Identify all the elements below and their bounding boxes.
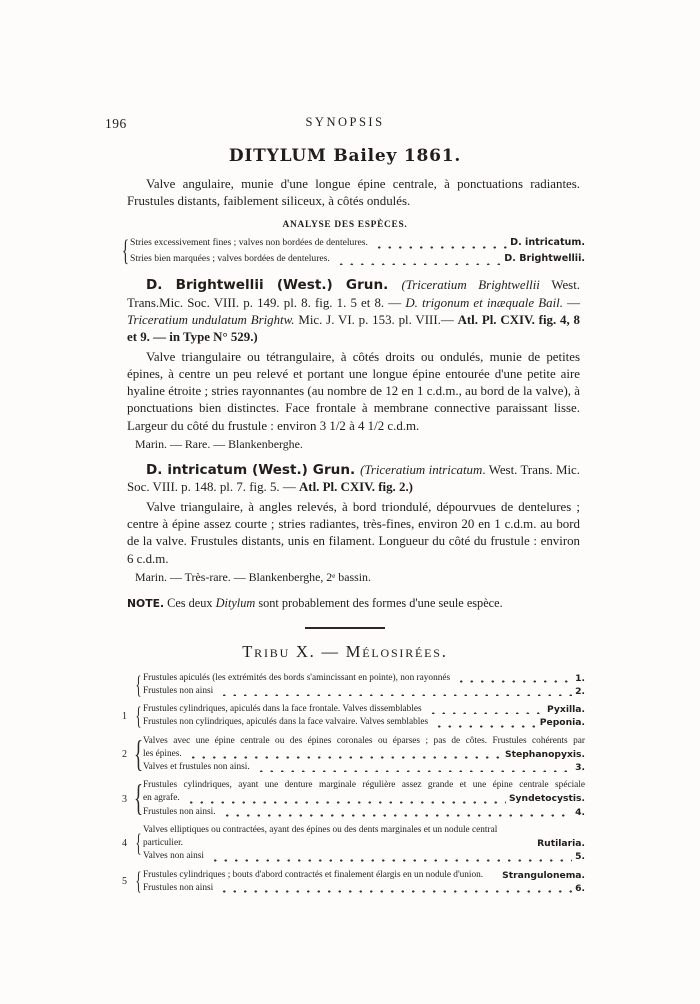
key-couplet-number: 2 <box>117 749 132 760</box>
key-text: Valves elliptiques ou contractées, ayant… <box>143 824 529 850</box>
brace-glyph: { <box>136 673 141 698</box>
key-text: Stries bien marquées ; valves bordées de… <box>130 251 330 267</box>
key-result: Rutilaria. <box>537 837 585 850</box>
text-segment: (Triceratium Brightwellii <box>401 278 539 292</box>
species-description: Valve triangulaire ou tétrangulaire, à c… <box>127 349 580 435</box>
key-row: Stries bien marquées ; valves bordées de… <box>130 251 585 267</box>
key-group: {Frustules apiculés (les extrémités des … <box>117 672 585 698</box>
text-segment: — <box>563 296 580 310</box>
key-result: Stephanopyxis. <box>505 748 585 761</box>
key-row: Frustules cylindriques, apiculés dans la… <box>143 703 585 716</box>
key-group: 4{Valves elliptiques ou contractées, aya… <box>117 824 585 864</box>
dot-leader <box>373 246 507 249</box>
key-text: Frustules non ainsi <box>143 882 213 895</box>
key-result: Strangulonema. <box>502 869 585 882</box>
dot-leader <box>218 693 572 696</box>
brace-glyph: { <box>136 704 141 729</box>
text-segment: Triceratium undulatum Brightw. <box>127 313 295 327</box>
brace-glyph: { <box>136 831 141 856</box>
text-segment: Mic. J. VI. p. 153. pl. VIII.— <box>295 313 458 327</box>
dot-leader <box>221 814 573 817</box>
key-couplet-number: 1 <box>117 711 132 722</box>
key-row: Valves et frustules non ainsi.3. <box>143 761 585 774</box>
species-heading-paragraph: D. intricatum (West.) Grun. (Triceratium… <box>127 462 580 497</box>
key-text: Valves avec une épine centrale ou des ép… <box>143 735 585 748</box>
key-lines: Stries excessivement fines ; valves non … <box>130 235 585 268</box>
key-row: Frustules cylindriques, ayant une dentur… <box>143 779 585 792</box>
key-result: Peponia. <box>540 716 585 729</box>
brace-glyph: { <box>123 236 128 266</box>
analysis-key: {Stries excessivement fines ; valves non… <box>121 235 585 268</box>
key-result: 6. <box>575 882 585 895</box>
key-lines: Frustules cylindriques, ayant une dentur… <box>143 779 585 819</box>
key-row: Frustules apiculés (les extrémités des b… <box>143 672 585 685</box>
text-segment: D. trigonum et inæquale Bail. <box>405 296 563 310</box>
key-result: D. intricatum. <box>510 235 585 251</box>
analysis-heading: ANALYSE DES ESPÈCES. <box>105 220 585 230</box>
dot-leader <box>433 725 537 728</box>
species-description: Valve triangulaire, à angles relevés, à … <box>127 499 580 568</box>
key-couplet-number: 3 <box>117 794 132 805</box>
genus-description: Valve angulaire, munie d'une longue épin… <box>127 176 580 211</box>
genus-title: DITYLUM Bailey 1861. <box>105 146 585 166</box>
dot-leader <box>187 756 502 759</box>
species-heading-paragraph: D. Brightwellii (West.) Grun. (Tricerati… <box>127 277 580 346</box>
key-result: 4. <box>575 806 585 819</box>
key-group: 3{Frustules cylindriques, ayant une dent… <box>117 779 585 819</box>
key-result: Syndetocystis. <box>509 792 585 805</box>
key-text: Frustules cylindriques, ayant une dentur… <box>143 779 585 792</box>
key-row: Frustules non ainsi2. <box>143 685 585 698</box>
brace-glyph: { <box>136 780 141 818</box>
key-result: 1. <box>575 672 585 685</box>
note-paragraph: NOTE. Ces deux Ditylum sont probablement… <box>127 596 580 611</box>
key-text: en agrafe. <box>143 792 180 805</box>
dot-leader <box>427 711 544 714</box>
key-text: Valves non ainsi <box>143 850 204 863</box>
key-text: Stries excessivement fines ; valves non … <box>130 235 368 251</box>
key-group: 5{Frustules cylindriques ; bouts d'abord… <box>117 869 585 895</box>
key-text: Frustules non ainsi. <box>143 806 216 819</box>
dot-leader <box>218 890 572 893</box>
key-text: Frustules non ainsi <box>143 685 213 698</box>
text-segment: sont probablement des formes d'une seule… <box>255 596 502 610</box>
key-row: Valves elliptiques ou contractées, ayant… <box>143 824 585 850</box>
section-divider <box>305 627 385 629</box>
key-text: Frustules cylindriques ; bouts d'abord c… <box>143 869 483 882</box>
key-text: les épines. <box>143 748 182 761</box>
text-segment: Ces deux <box>164 596 216 610</box>
key-result: D. Brightwellii. <box>504 251 585 267</box>
key-couplet-number: 5 <box>117 876 132 887</box>
running-head: SYNOPSIS <box>105 115 585 130</box>
key-result: 5. <box>575 850 585 863</box>
key-result: Pyxilla. <box>547 703 585 716</box>
species-section: D. Brightwellii (West.) Grun. (Tricerati… <box>105 277 585 452</box>
dot-leader <box>209 859 572 862</box>
text-segment: NOTE. <box>127 597 164 610</box>
scanned-book-page: 196 SYNOPSIS DITYLUM Bailey 1861. Valve … <box>0 0 700 1004</box>
key-text: Valves et frustules non ainsi. <box>143 761 250 774</box>
dot-leader <box>255 769 572 772</box>
key-row: Frustules non cylindriques, apiculés dan… <box>143 716 585 729</box>
key-row: Frustules non ainsi6. <box>143 882 585 895</box>
dot-leader <box>455 680 572 683</box>
key-lines: Frustules apiculés (les extrémités des b… <box>143 672 585 698</box>
habitat-line: Marin. — Très-rare. — Blankenberghe, 2ᵉ … <box>135 570 580 585</box>
key-lines: Valves avec une épine centrale ou des ép… <box>143 735 585 775</box>
key-group: 1{Frustules cylindriques, apiculés dans … <box>117 703 585 729</box>
tribe-key: {Frustules apiculés (les extrémités des … <box>117 672 585 895</box>
key-group: {Stries excessivement fines ; valves non… <box>121 235 585 268</box>
key-result: 3. <box>575 761 585 774</box>
key-result: 2. <box>575 685 585 698</box>
key-row: Valves non ainsi5. <box>143 850 585 863</box>
key-row: Frustules cylindriques ; bouts d'abord c… <box>143 869 585 882</box>
key-lines: Valves elliptiques ou contractées, ayant… <box>143 824 585 864</box>
key-group: 2{Valves avec une épine centrale ou des … <box>117 735 585 775</box>
text-segment: D. Brightwellii (West.) Grun. <box>146 277 401 293</box>
species-section: D. intricatum (West.) Grun. (Triceratium… <box>105 462 585 585</box>
tribe-heading: Tribu X. — Mélosirées. <box>105 642 585 662</box>
dot-leader <box>335 262 501 265</box>
text-segment: Atl. Pl. CXIV. fig. 2.) <box>299 480 413 494</box>
key-text: Frustules cylindriques, apiculés dans la… <box>143 703 422 716</box>
key-lines: Frustules cylindriques, apiculés dans la… <box>143 703 585 729</box>
species-list: D. Brightwellii (West.) Grun. (Tricerati… <box>105 277 585 584</box>
text-segment: (Triceratium intricatum <box>360 463 482 477</box>
habitat-line: Marin. — Rare. — Blankenberghe. <box>135 437 580 452</box>
key-row: Stries excessivement fines ; valves non … <box>130 235 585 251</box>
key-row: les épines.Stephanopyxis. <box>143 748 585 761</box>
key-text: Frustules non cylindriques, apiculés dan… <box>143 716 428 729</box>
key-lines: Frustules cylindriques ; bouts d'abord c… <box>143 869 585 895</box>
page-header: 196 SYNOPSIS <box>105 115 585 131</box>
key-text: Frustules apiculés (les extrémités des b… <box>143 672 450 685</box>
brace-glyph: { <box>136 736 141 774</box>
key-row: Valves avec une épine centrale ou des ép… <box>143 735 585 748</box>
brace-glyph: { <box>136 869 141 894</box>
key-couplet-number: 4 <box>117 838 132 849</box>
text-segment: D. intricatum (West.) Grun. <box>146 462 360 478</box>
key-row: en agrafe.Syndetocystis. <box>143 792 585 805</box>
key-row: Frustules non ainsi.4. <box>143 806 585 819</box>
dot-leader <box>185 801 506 804</box>
text-segment: Ditylum <box>216 596 256 610</box>
